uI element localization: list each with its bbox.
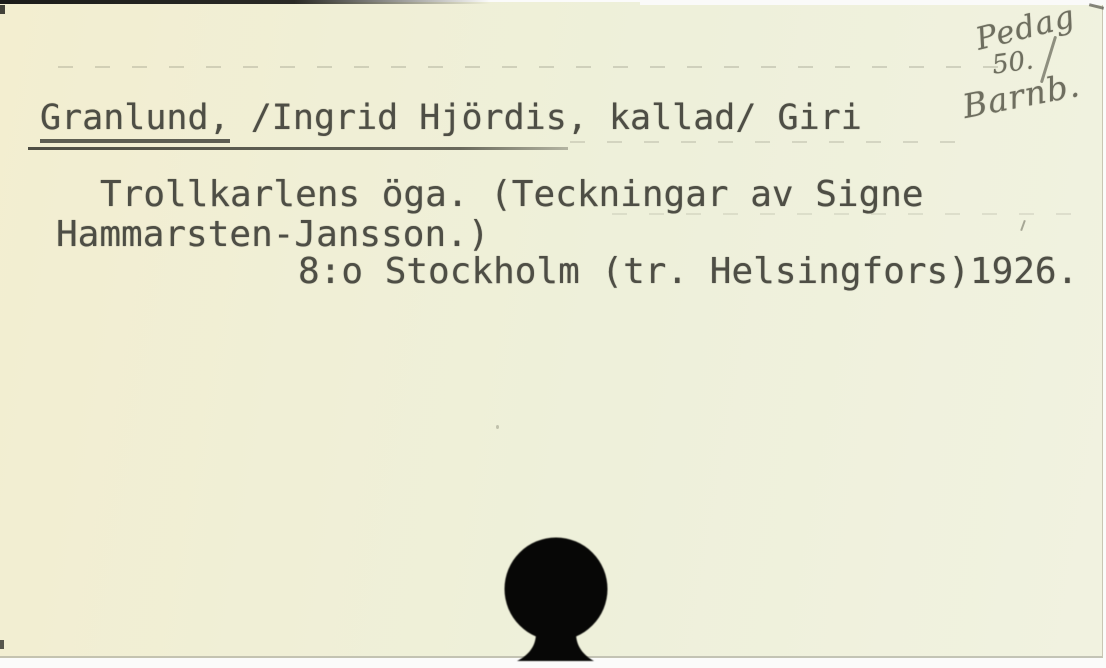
scan-edge-white xyxy=(640,0,1106,5)
ink-speck xyxy=(496,425,499,429)
faint-dash-row xyxy=(570,141,958,143)
rod-hole-punch xyxy=(490,532,620,661)
heading-line: Granlund, /Ingrid Hjördis, kallad/ Giri xyxy=(40,98,862,138)
faint-dash-row xyxy=(58,66,1008,68)
catalog-card: Granlund, /Ingrid Hjördis, kallad/ Giri … xyxy=(0,2,1103,658)
heading-rule xyxy=(28,147,568,150)
title-line-2: Hammarsten-Jansson.) xyxy=(56,214,489,255)
author-name-rest: /Ingrid Hjördis, kallad/ Giri xyxy=(230,98,862,138)
ink-speck xyxy=(1020,220,1026,231)
scan-corner-mark xyxy=(0,5,5,14)
scan-edge-speck xyxy=(0,640,4,649)
scanned-catalog-card-page: Granlund, /Ingrid Hjördis, kallad/ Giri … xyxy=(0,0,1106,668)
title-line-1: Trollkarlens öga. (Teckningar av Signe xyxy=(100,174,924,215)
scan-edge-dark xyxy=(0,0,490,4)
author-name: Granlund, xyxy=(40,98,230,143)
imprint-line: 8:o Stockholm (tr. Helsingfors)1926. xyxy=(298,251,1078,292)
